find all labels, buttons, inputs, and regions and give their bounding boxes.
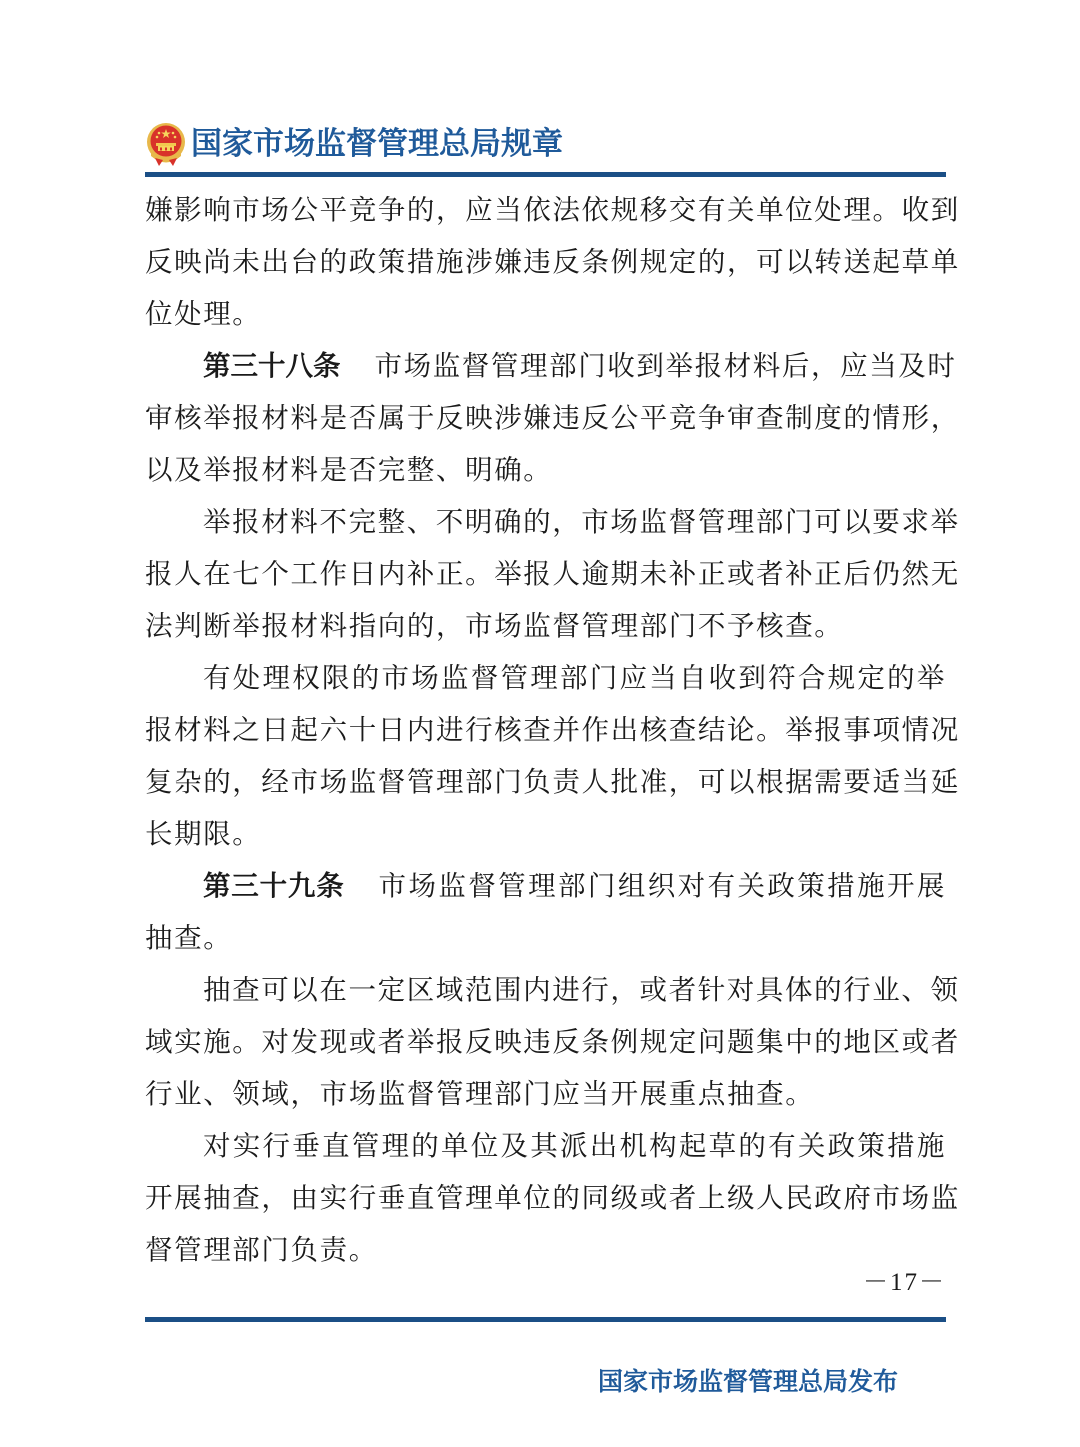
text-line: 报人在七个工作日内补正。举报人逾期未补正或者补正后仍然无	[145, 548, 946, 600]
text-line: 反映尚未出台的政策措施涉嫌违反条例规定的，可以转送起草单	[145, 236, 946, 288]
text-line: 对实行垂直管理的单位及其派出机构起草的有关政策措施	[145, 1120, 946, 1172]
document-body: 嫌影响市场公平竞争的，应当依法依规移交有关单位处理。收到 反映尚未出台的政策措施…	[145, 184, 946, 1276]
document-header: 国家市场监督管理总局规章	[145, 118, 946, 178]
text-line: 长期限。	[145, 808, 946, 860]
text-line: 有处理权限的市场监督管理部门应当自收到符合规定的举	[145, 652, 946, 704]
paragraph: 抽查可以在一定区域范围内进行，或者针对具体的行业、领 域实施。对发现或者举报反映…	[145, 964, 946, 1120]
article-38: 第三十八条市场监督管理部门收到举报材料后，应当及时 审核举报材料是否属于反映涉嫌…	[145, 340, 946, 496]
text-line: 域实施。对发现或者举报反映违反条例规定问题集中的地区或者	[145, 1016, 946, 1068]
paragraph: 嫌影响市场公平竞争的，应当依法依规移交有关单位处理。收到 反映尚未出台的政策措施…	[145, 184, 946, 340]
text-line: 第三十九条市场监督管理部门组织对有关政策措施开展	[145, 860, 946, 912]
page-number: －17－	[863, 1262, 946, 1298]
header-divider	[145, 172, 946, 177]
paragraph: 有处理权限的市场监督管理部门应当自收到符合规定的举 报材料之日起六十日内进行核查…	[145, 652, 946, 860]
article-39: 第三十九条市场监督管理部门组织对有关政策措施开展 抽查。	[145, 860, 946, 964]
text-line: 抽查。	[145, 912, 946, 964]
text-line: 抽查可以在一定区域范围内进行，或者针对具体的行业、领	[145, 964, 946, 1016]
text-line: 报材料之日起六十日内进行核查并作出核查结论。举报事项情况	[145, 704, 946, 756]
text-line: 嫌影响市场公平竞争的，应当依法依规移交有关单位处理。收到	[145, 184, 946, 236]
text-line: 督管理部门负责。	[145, 1224, 946, 1276]
article-number: 第三十九条	[203, 870, 345, 902]
article-text: 市场监督管理部门收到举报材料后，应当及时	[375, 350, 957, 382]
text-line: 审核举报材料是否属于反映涉嫌违反公平竞争审查制度的情形，	[145, 392, 946, 444]
text-line: 第三十八条市场监督管理部门收到举报材料后，应当及时	[145, 340, 946, 392]
article-number: 第三十八条	[203, 350, 341, 382]
text-line: 法判断举报材料指向的，市场监督管理部门不予核查。	[145, 600, 946, 652]
national-emblem-icon	[145, 122, 187, 168]
text-line: 复杂的，经市场监督管理部门负责人批准，可以根据需要适当延	[145, 756, 946, 808]
footer-publisher: 国家市场监督管理总局发布	[598, 1362, 898, 1398]
text-line: 开展抽查，由实行垂直管理单位的同级或者上级人民政府市场监	[145, 1172, 946, 1224]
paragraph: 对实行垂直管理的单位及其派出机构起草的有关政策措施 开展抽查，由实行垂直管理单位…	[145, 1120, 946, 1276]
text-line: 举报材料不完整、不明确的，市场监督管理部门可以要求举	[145, 496, 946, 548]
text-line: 行业、领域，市场监督管理部门应当开展重点抽查。	[145, 1068, 946, 1120]
text-line: 以及举报材料是否完整、明确。	[145, 444, 946, 496]
text-line: 位处理。	[145, 288, 946, 340]
article-text: 市场监督管理部门组织对有关政策措施开展	[379, 870, 946, 902]
footer-divider	[145, 1317, 946, 1322]
paragraph: 举报材料不完整、不明确的，市场监督管理部门可以要求举 报人在七个工作日内补正。举…	[145, 496, 946, 652]
header-title: 国家市场监督管理总局规章	[191, 122, 563, 166]
